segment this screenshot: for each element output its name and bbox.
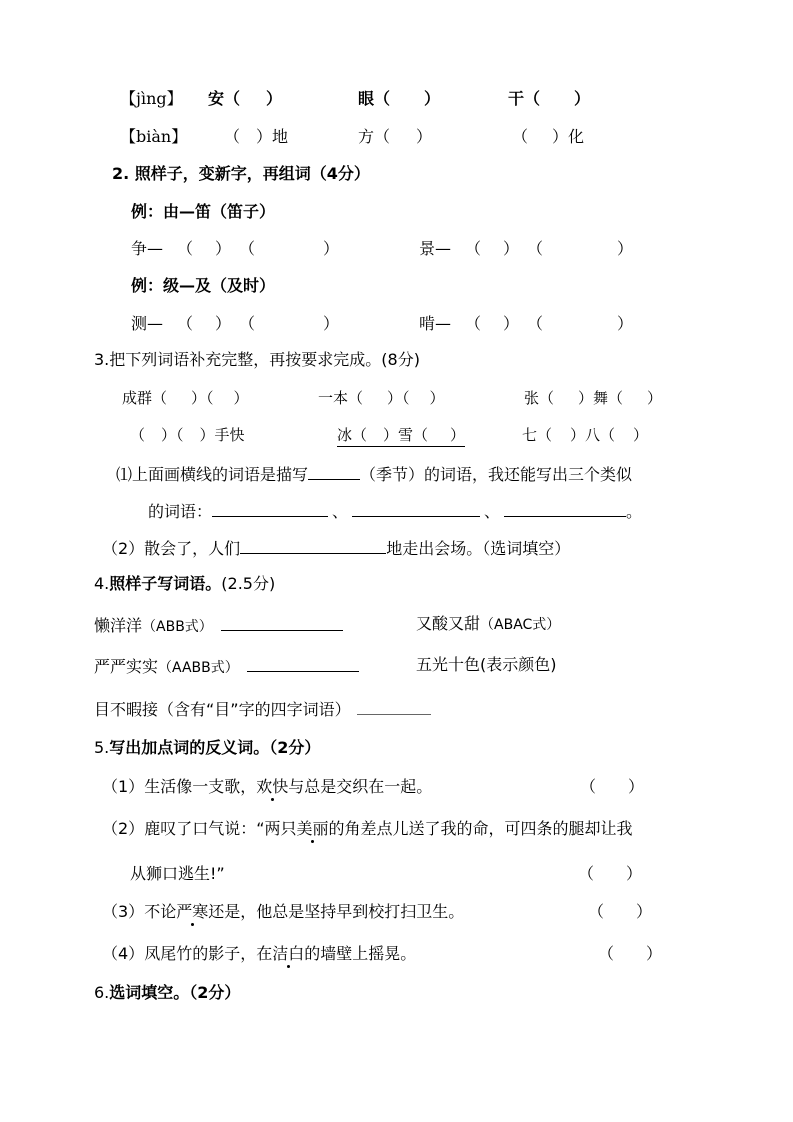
dotted-word: 严寒 [176,902,208,921]
q4-item-3: 严严实实（AABB式） [94,655,359,678]
dotted-word: 美丽 [296,819,328,838]
q2-row-2: 测— （） （） 啃— （） （） [131,314,651,334]
q4-item-2: 又酸又甜（ABAC式） [416,614,560,635]
pinyin-bian: 【biàn】 [120,127,187,146]
q2-char-zheng: 争— [131,239,163,258]
q3-row-2: （）（）手快 冰（）雪（） 七（）八（） [130,425,710,445]
q5-item-2-cont: 从狮口逃生!” （） [130,864,670,884]
fill-blank[interactable] [240,537,386,554]
answer-paren[interactable]: （） [580,777,644,797]
q5-item-1: （1）生活像一支歌，欢快与总是交织在一起。 （） [102,777,662,797]
q2-char-ken: 啃— [419,314,451,334]
q4-item-4: 五光十色(表示颜色) [416,655,557,675]
q2-char-ce: 测— [131,314,163,333]
q2-example-2: 例：级—及（及时） [131,276,275,296]
jing-item-1: 安（） [208,89,282,109]
answer-paren[interactable]: （） [598,944,662,964]
q5-title: 5.写出加点词的反义词。（2分） [94,738,320,758]
q5-item-2: （2）鹿叹了口气说：“两只美丽的角差点儿送了我的命，可四条的腿却让我 [102,819,633,839]
word-blank-1[interactable] [212,500,328,517]
jing-item-3: 干（） [508,89,590,109]
abb-blank[interactable] [221,614,343,631]
word-blank-2[interactable] [352,500,480,517]
q6-title: 6.选词填空。（2分） [94,983,240,1003]
pinyin-jing: 【jìng】 [120,89,183,108]
bian-item-2: 方（） [358,127,432,147]
answer-paren[interactable]: （） [588,902,652,922]
q1-jing-row: 【jìng】 安（） 眼（） 干（） [120,89,183,109]
jing-item-2: 眼（） [358,89,440,109]
mu-blank[interactable] [357,698,431,715]
q1-bian-row: 【biàn】 （）地 方（） （）化 [120,127,187,147]
dotted-word: 洁白 [272,944,304,963]
q5-item-4: （4）凤尾竹的影子，在洁白的墙壁上摇晃。 （） [102,944,682,964]
q3-sub-2: （2）散会了，人们地走出会场。（选词填空） [102,537,570,559]
q4-title: 4.照样子写词语。(2.5分) [94,574,275,594]
bian-item-3: （）化 [512,127,584,147]
q4-item-5: 目不暇接（含有“目”字的四字词语） [94,698,431,720]
aabb-blank[interactable] [247,655,359,672]
q3-title: 3.把下列词语补充完整，再按要求完成。(8分) [94,350,420,370]
q2-example-1: 例：由—笛（笛子） [131,202,275,222]
q3-sub-1: ⑴上面画横线的词语是描写（季节）的词语，我还能写出三个类似 [116,463,632,485]
answer-paren[interactable]: （） [578,864,642,884]
q5-item-3: （3）不论严寒还是，他总是坚持早到校打扫卫生。 （） [102,902,682,922]
q2-title: 2. 照样子，变新字，再组词（4分） [112,164,370,184]
q3-sub-1-cont: 的词语：、、。 [148,500,642,522]
dotted-word: 欢快 [256,777,288,796]
underlined-idiom: 冰（）雪（） [337,425,465,447]
q3-row-1: 成群（）（） 一本（）（） 张（）舞（） [122,388,702,408]
bian-item-1: （）地 [224,127,288,147]
word-blank-3[interactable] [504,500,626,517]
q4-item-1: 懒洋洋（ABB式） [94,614,343,637]
season-blank[interactable] [308,463,360,480]
q2-row-1: 争— （） （） 景— （） （） [131,239,651,259]
q2-char-jing: 景— [419,239,451,259]
